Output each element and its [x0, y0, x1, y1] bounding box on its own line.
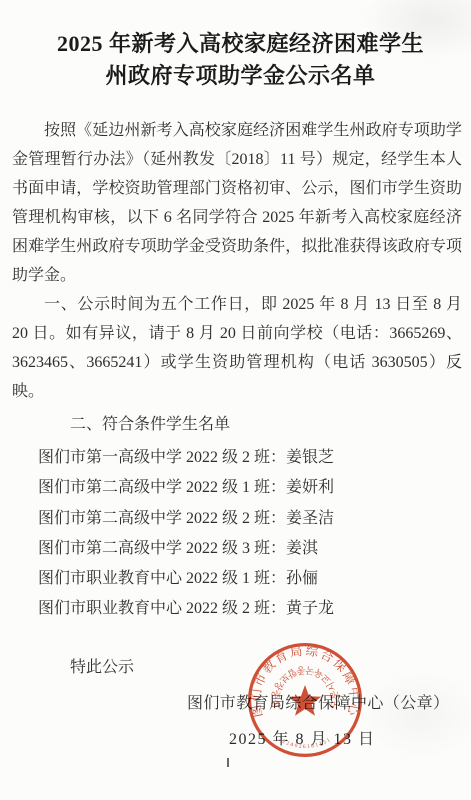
date-line: 2025 年 8 月 13 日: [229, 726, 376, 749]
student-list: 图们市第一高级中学 2022 级 2 班：姜银芝 图们市第二高级中学 2022 …: [12, 443, 462, 625]
student-list-item: 图们市职业教育中心 2022 级 1 班：孙俪: [12, 564, 462, 594]
paragraph-publicity-period: 一、公示时间为五个工作日，即 2025 年 8 月 13 日至 8 月 20 日…: [12, 290, 462, 406]
scan-artifact-mark: [227, 758, 229, 767]
scan-smudge: [361, 670, 471, 760]
issuer-line: 图们市教育局综合保障中心（公章）: [187, 690, 449, 713]
page-title: 2025 年新考入高校家庭经济困难学生 州政府专项助学金公示名单: [0, 28, 471, 92]
student-list-item: 图们市第一高级中学 2022 级 2 班：姜银芝: [12, 443, 462, 473]
student-list-item: 图们市第二高级中学 2022 级 1 班：姜妍利: [12, 473, 462, 503]
student-list-item: 图们市第二高级中学 2022 级 2 班：姜圣洁: [12, 504, 462, 534]
page-title-line1: 2025 年新考入高校家庭经济困难学生: [10, 28, 471, 60]
paragraph-intro: 按照《延边州新考入高校家庭经济困难学生州政府专项助学金管理暂行办法》（延州教发〔…: [12, 116, 462, 290]
notice-body: 按照《延边州新考入高校家庭经济困难学生州政府专项助学金管理暂行办法》（延州教发〔…: [12, 116, 462, 682]
section-heading-students: 二、符合条件学生名单: [12, 410, 462, 439]
closing-text: 特此公示: [12, 653, 462, 682]
notice-document: 2025 年新考入高校家庭经济困难学生 州政府专项助学金公示名单 按照《延边州新…: [0, 0, 471, 800]
page-title-line2: 州政府专项助学金公示名单: [10, 60, 471, 92]
student-list-item: 图们市第二高级中学 2022 级 3 班：姜淇: [12, 534, 462, 564]
student-list-item: 图们市职业教育中心 2022 级 2 班：黄子龙: [12, 594, 462, 624]
